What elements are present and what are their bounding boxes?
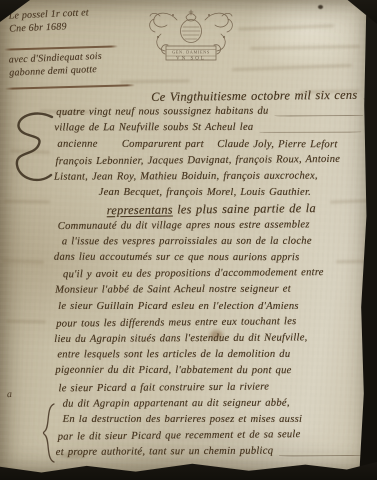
text-line: le sieur Guillain Picard esleu en l'elec… (58, 299, 367, 315)
margin-note: Le possel 1r cott et Cne 6br 1689 (9, 5, 138, 35)
line-filler (279, 455, 363, 458)
line-filler (260, 131, 362, 133)
stamp-caption-2: VN SOL (176, 57, 206, 62)
ink-speck (318, 5, 323, 9)
line-filler (274, 114, 363, 117)
stamp-caption-1: GEN. DAMIENS (172, 50, 210, 55)
margin-brace (41, 402, 56, 464)
text-line: françois Lebonnier, Jacques Davignat, fr… (55, 151, 364, 170)
text-line: representans les plus saine partie de la (107, 200, 364, 219)
text-line: lieu du Agrapin situés dans l'estendue d… (55, 330, 364, 348)
text-line: Listant, Jean Roy, Mathieu Boiduin, fran… (54, 168, 363, 186)
text-line: du dit Agrapin appartenant au dit seigne… (63, 395, 366, 413)
text-line: Monsieur l'abbé de Saint Acheul nostre s… (55, 282, 364, 300)
text-line: a l'issue des vespres parroissiales au s… (62, 233, 365, 250)
manuscript-scan: Le possel 1r cott et Cne 6br 1689 avec d… (0, 0, 377, 480)
text-line: qu'il y avoit eu des propositions d'acco… (63, 265, 366, 284)
body-text: Ce Vingthuitiesme octobre mil six censqu… (55, 87, 366, 461)
text-line: dans lieu accoutumés sur ce que nous aur… (54, 250, 363, 267)
text-line: village de La Neufville soubs St Acheul … (55, 120, 364, 137)
text-line: Communauté du dit village apres nous est… (57, 217, 366, 235)
text-line: pigeonnier du dit Picard, l'abbatement d… (56, 363, 365, 380)
fiscal-stamp-icon: GEN. DAMIENS VN SOL (146, 7, 236, 67)
text-line: le sieur Picard a fait construire sur la… (58, 378, 367, 397)
paraph-flourish-icon (6, 110, 60, 190)
margin-note-2: avec d'Sindiequat sois gabonne demi quot… (9, 49, 138, 79)
margin-mark: a (7, 389, 14, 400)
text-line: et propre authorité, tant sur un chemin … (56, 443, 365, 461)
text-line: quatre vingt neuf nous soussignez habita… (56, 103, 365, 121)
text-line: entre lesquels sont les articles de la d… (57, 347, 366, 364)
text-line: Jean Becquet, françois Morel, Louis Gaut… (98, 185, 365, 201)
text-line: En la destruction des barrieres posez et… (63, 412, 364, 428)
text-line: ancienne Comparurent part Claude Joly, P… (57, 136, 366, 153)
